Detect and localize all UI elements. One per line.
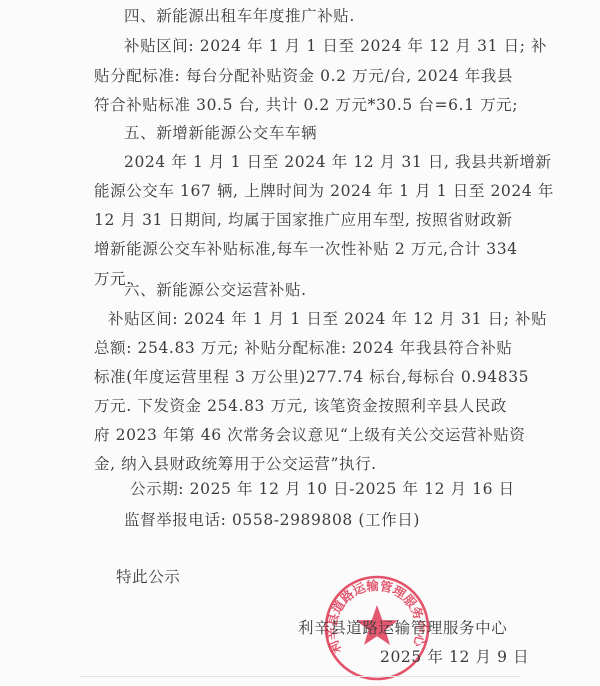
section-4-line: 符合补贴标准 30.5 台, 共计 0.2 万元*30.5 台=6.1 万元; bbox=[94, 95, 518, 115]
issue-date: 2025 年 12 月 9 日 bbox=[380, 647, 529, 667]
hotline: 监督举报电话: 0558-2989808 (工作日) bbox=[124, 510, 420, 530]
document-page: 四、新能源出租车年度推广补贴. 补贴区间: 2024 年 1 月 1 日至 20… bbox=[0, 0, 600, 686]
section-6-line: 府 2023 年第 46 次常务会议意见“上级有关公交运营补贴资 bbox=[94, 425, 526, 445]
section-6-line: 标准(年度运营里程 3 万公里)277.74 标台,每标台 0.94835 bbox=[94, 367, 529, 387]
section-6-line: 金, 纳入县财政统筹用于公交运营”执行. bbox=[94, 454, 377, 474]
section-6-line: 补贴区间: 2024 年 1 月 1 日至 2024 年 12 月 31 日; … bbox=[108, 309, 547, 329]
closing-text: 特此公示 bbox=[116, 567, 180, 587]
section-4-line: 补贴区间: 2024 年 1 月 1 日至 2024 年 12 月 31 日; … bbox=[124, 36, 547, 56]
section-6-heading: 六、新能源公交运营补贴. bbox=[124, 280, 307, 300]
section-6-line: 总额: 254.83 万元; 补贴分配标准: 2024 年我县符合补贴 bbox=[94, 338, 512, 358]
notice-period: 公示期: 2025 年 12 月 10 日-2025 年 12 月 16 日 bbox=[130, 479, 515, 499]
section-5-line: 12 月 31 日期间, 均属于国家推广应用车型, 按照省财政新 bbox=[94, 210, 513, 230]
section-5-line: 能源公交车 167 辆, 上牌时间为 2024 年 1 月 1 日至 2024 … bbox=[94, 181, 554, 201]
section-6-line: 万元. 下发资金 254.83 万元, 该笔资金按照利辛县人民政 bbox=[94, 396, 507, 416]
section-5-line: 2024 年 1 月 1 日至 2024 年 12 月 31 日, 我县共新增新 bbox=[124, 152, 552, 172]
divider bbox=[80, 676, 520, 677]
section-5-line: 增新能源公交车补贴标准,每车一次性补贴 2 万元,合计 334 bbox=[94, 239, 518, 259]
section-4-line: 贴分配标准: 每台分配补贴资金 0.2 万元/台, 2024 年我县 bbox=[94, 66, 513, 86]
issuer-name: 利辛县道路运输管理服务中心 bbox=[298, 618, 507, 638]
section-5-heading: 五、新增新能源公交车车辆 bbox=[124, 123, 317, 143]
section-4-heading: 四、新能源出租车年度推广补贴. bbox=[124, 6, 355, 26]
